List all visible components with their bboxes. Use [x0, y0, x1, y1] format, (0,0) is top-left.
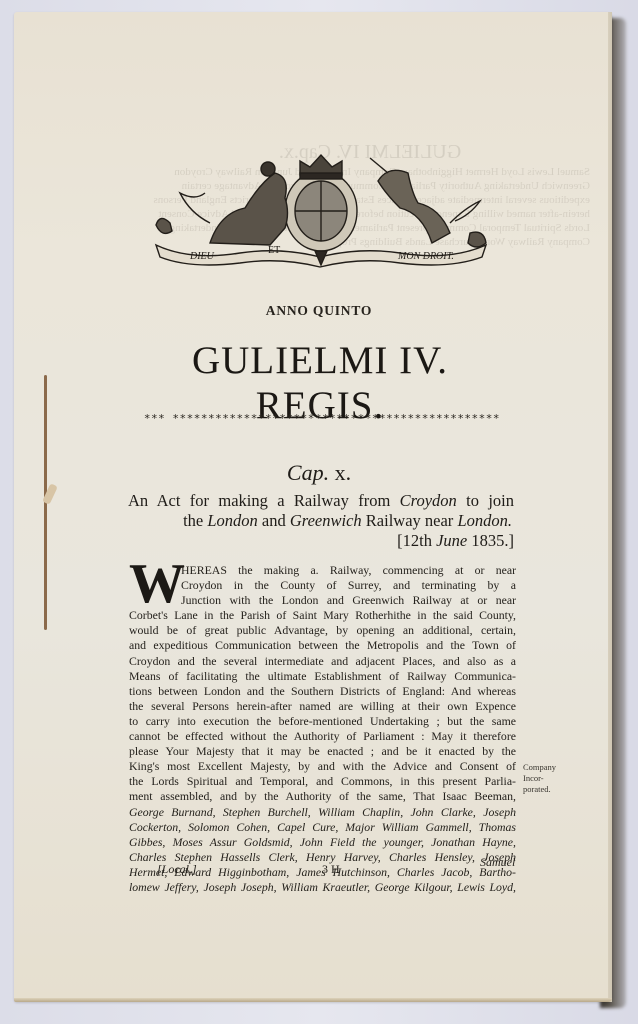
body-line: to carry into execution the before-menti… — [129, 714, 516, 729]
cap-number: x. — [335, 460, 352, 485]
svg-text:DIEU: DIEU — [189, 251, 215, 262]
svg-text:MON DROIT.: MON DROIT. — [397, 251, 454, 262]
chapter-heading: Cap. x. — [0, 460, 638, 486]
svg-text:ET: ET — [268, 245, 280, 256]
margin-note: Company Incor- porated. — [523, 762, 575, 795]
body-line: King's most Excellent Majesty, by and wi… — [129, 759, 516, 774]
body-line: George Burnand, Stephen Burchell, Willia… — [129, 805, 516, 820]
body-line: Junction with the London and Greenwich R… — [129, 593, 516, 608]
signature-mark: 3 H — [322, 862, 340, 877]
act-title-line-2: the London and Greenwich Railway near Lo… — [128, 511, 514, 531]
anno-heading: ANNO QUINTO — [0, 303, 638, 319]
act-title: An Act for making a Railway from Croydon… — [128, 491, 514, 551]
cap-label: Cap. — [287, 460, 329, 485]
body-line: the several Persons herein-after named a… — [129, 699, 516, 714]
body-line: ment assembled, and by the Authority of … — [129, 789, 516, 804]
preamble-body: HEREAS the making a. Railway, commencing… — [129, 563, 516, 895]
royal-coat-of-arms: DIEU ET MON DROIT. — [150, 153, 492, 268]
body-line: Corbet's Lane in the Parish of Saint Mar… — [129, 608, 516, 623]
body-line: HEREAS the making a. Railway, commencing… — [129, 563, 516, 578]
page-edge — [608, 12, 612, 1002]
body-line: the Lords Spiritual and Temporal, and Co… — [129, 774, 516, 789]
body-line: Gibbes, Moses Assur Goldsmid, John Field… — [129, 835, 516, 850]
catchword: Samuel — [480, 855, 515, 870]
coat-of-arms-icon: DIEU ET MON DROIT. — [150, 153, 492, 268]
body-line: Croydon and the several intermediate and… — [129, 654, 516, 669]
body-line: cannot be effected without the Authority… — [129, 729, 516, 744]
body-line: Cockerton, Solomon Cohen, Capel Cure, Ma… — [129, 820, 516, 835]
body-line: tions between London and the Southern Di… — [129, 684, 516, 699]
body-line: please Your Majesty that it may be enact… — [129, 744, 516, 759]
act-date: [12th June 1835.] — [128, 531, 514, 551]
body-line: lomew Jeffery, Joseph Joseph, William Kr… — [129, 880, 516, 895]
act-title-line-1: An Act for making a Railway from Croydon… — [128, 491, 514, 511]
page-bottom-edge — [14, 998, 612, 1002]
local-label: [Local.] — [157, 862, 197, 877]
asterisk-divider: *** ************************************… — [131, 412, 513, 425]
body-line: would be of great public Advantage, by o… — [129, 623, 516, 638]
body-line: Croydon in the County of Surrey, and ter… — [129, 578, 516, 593]
body-line: Means of facilitating the ultimate Estab… — [129, 669, 516, 684]
body-line: and expeditious Communication between th… — [129, 638, 516, 653]
